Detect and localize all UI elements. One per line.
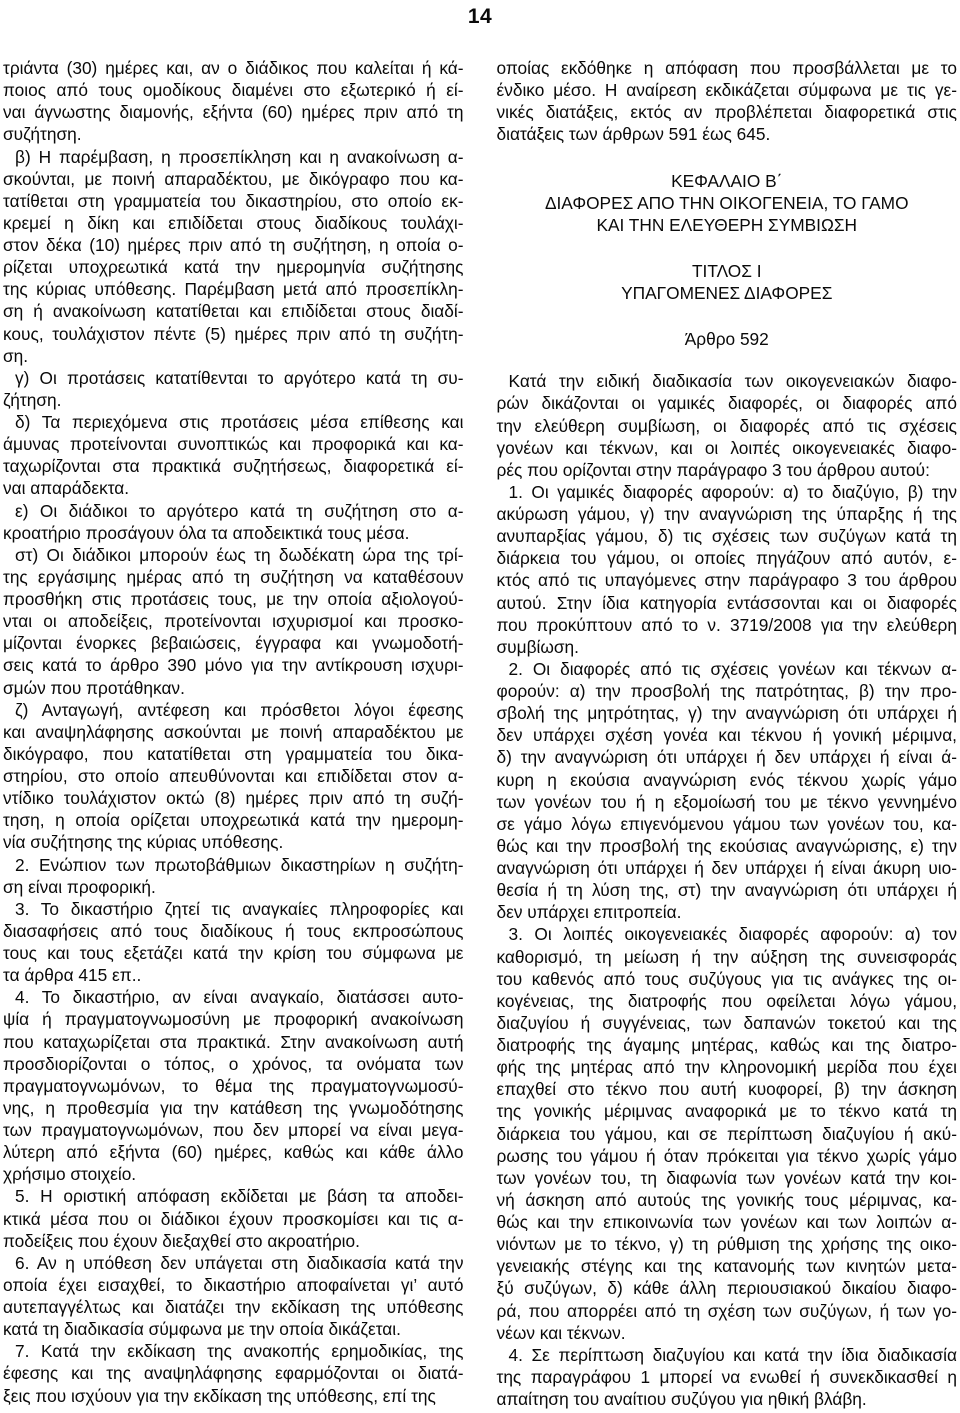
text-line: β) Η παρέμβαση, η προσεπίκληση και η ανα…	[3, 146, 464, 168]
paragraph: τριάντα (30) ημέρες και, αν ο διάδικος π…	[3, 57, 464, 146]
text-line: νται οι αποδείξεις, προτείνονται ισχυρισ…	[3, 610, 464, 632]
text-line: νης, η προθεσμία για την κατάθεση της γν…	[3, 1097, 464, 1119]
text-line: του καθενός από τους συζύγους για τις αν…	[497, 968, 958, 990]
text-line: διατάξεις των άρθρων 591 έως 645.	[497, 123, 958, 145]
text-line: συμβίωση.	[497, 636, 958, 658]
text-line: ΥΠΑΓΟΜΕΝΕΣ ΔΙΑΦΟΡΕΣ	[497, 282, 958, 304]
text-line: 3. Οι λοιπές οικογενειακές διαφορές αφορ…	[497, 923, 958, 945]
text-line: πραγματογνωμόνων, το θέμα της πραγματογν…	[3, 1075, 464, 1097]
text-line: ναι απαράδεκτα.	[3, 477, 464, 499]
text-line: ρά, που απορρέει από τη σχέση των συζύγω…	[497, 1300, 958, 1322]
right-column: οποίας εκδόθηκε η απόφαση που προσβάλλετ…	[497, 57, 958, 1410]
text-line: γονέων και τέκνων, και οι λοιπές οικογεν…	[497, 437, 958, 459]
text-line: διάρκεια του γάμου, και σε περίπτωση δια…	[497, 1123, 958, 1145]
text-line: νέων και τέκνων.	[497, 1322, 958, 1344]
text-line: ση ή ανακοίνωση κατατίθεται και επιδίδετ…	[3, 300, 464, 322]
two-column-text-body: τριάντα (30) ημέρες και, αν ο διάδικος π…	[3, 57, 957, 1410]
paragraph: 4. Το δικαστήριο, αν είναι αναγκαίο, δια…	[3, 986, 464, 1185]
text-line: αυτεπαγγέλτως και διατάζει την εκδίκαση …	[3, 1296, 464, 1318]
text-line: ανυπαρξίας γάμου, δ) τις σχέσεις των συζ…	[497, 525, 958, 547]
paragraph: ε) Οι διάδικοι το αργότερο κατά τη συζήτ…	[3, 500, 464, 544]
text-line: σκούνται, με ποινή απαραδέκτου, με δικόγ…	[3, 168, 464, 190]
text-line: ψία ή πραγματογνωμοσύνη με προφορική ανα…	[3, 1008, 464, 1030]
paragraph: 1. Οι γαμικές διαφορές αφορούν: α) το δι…	[497, 481, 958, 658]
paragraph: γ) Οι προτάσεις κατατίθενται το αργότερο…	[3, 367, 464, 411]
paragraph: ζ) Ανταγωγή, αντέφεση και πρόσθετοι λόγο…	[3, 699, 464, 854]
text-line: Άρθρο 592	[497, 328, 958, 350]
text-line: κογένειας, της διατροφής που οφείλεται λ…	[497, 990, 958, 1012]
text-line: 1. Οι γαμικές διαφορές αφορούν: α) το δι…	[497, 481, 958, 503]
text-line: 3. Το δικαστήριο ζητεί τις αναγκαίες πλη…	[3, 898, 464, 920]
text-line: κτός από τις υπαγόμενες στην παράγραφο 3…	[497, 569, 958, 591]
text-line: διασαφήσεις από τους διαδίκους ή τους εκ…	[3, 920, 464, 942]
text-line: μίζονται ένορκες βεβαιώσεις, έγγραφα και…	[3, 632, 464, 654]
text-line: των πραγματογνωμόνων, που δεν μπορεί να …	[3, 1119, 464, 1141]
text-line: συζήτηση.	[3, 123, 464, 145]
text-line: χρήσιμο στοιχείο.	[3, 1163, 464, 1185]
text-line: γενειακής στέγης και της κατανομής των κ…	[497, 1255, 958, 1277]
paragraph: 2. Ενώπιον των πρωτοβάθμιων δικαστηρίων …	[3, 854, 464, 898]
text-line: επαχθεί στο τέκνο που αυτή κυοφορεί, β) …	[497, 1078, 958, 1100]
paragraph: 3. Το δικαστήριο ζητεί τις αναγκαίες πλη…	[3, 898, 464, 987]
text-line: της παραγράφου 1 μπορεί να ενωθεί ή συνε…	[497, 1366, 958, 1388]
text-line: διαζυγίου ή συγγένειας, των δαπανών τοκε…	[497, 1012, 958, 1034]
text-line: ζ) Ανταγωγή, αντέφεση και πρόσθετοι λόγο…	[3, 699, 464, 721]
section-heading: ΚΕΦΑΛΑΙΟ Β΄ΔΙΑΦΟΡΕΣ ΑΠΟ ΤΗΝ ΟΙΚΟΓΕΝΕΙΑ, …	[497, 170, 958, 236]
paragraph: οποίας εκδόθηκε η απόφαση που προσβάλλετ…	[497, 57, 958, 146]
text-line: 7. Κατά την εκδίκαση της ανακοπής ερημοδ…	[3, 1340, 464, 1362]
text-line: τριάντα (30) ημέρες και, αν ο διάδικος π…	[3, 57, 464, 79]
text-line: των γονέων του, τη διαφωνία των γονέων κ…	[497, 1167, 958, 1189]
text-line: απαίτηση του αναίτιου συζύγου για ηθική …	[497, 1388, 958, 1410]
text-line: ρίζεται υποχρεωτικά κατά την ημερομηνία …	[3, 256, 464, 278]
text-line: σβολή της μητρότητας, γ) την αναγνώριση …	[497, 702, 958, 724]
text-line: κτικά μέσα που οι διάδικοι έχουν προσκομ…	[3, 1208, 464, 1230]
paragraph: 2. Οι διαφορές από τις σχέσεις γονέων κα…	[497, 658, 958, 924]
paragraph: δ) Τα περιεχόμενα στις προτάσεις μέσα επ…	[3, 411, 464, 500]
paragraph: 4. Σε περίπτωση διαζυγίου και κατά την ί…	[497, 1344, 958, 1410]
text-line: αναγνώριση ότι υπάρχει ή δεν υπάρχει ή ε…	[497, 857, 958, 879]
text-line: δεν υπάρχει επιτροπεία.	[497, 901, 958, 923]
text-line: δεν υπάρχει σχέση γονέα και τέκνου ή γον…	[497, 724, 958, 746]
text-line: ξύ συζύγων, δ) κάθε άλλη περιουσιακού δι…	[497, 1277, 958, 1299]
text-line: 4. Σε περίπτωση διαζυγίου και κατά την ί…	[497, 1344, 958, 1366]
text-line: ακύρωση γάμου, γ) την αναγνώριση της ύπα…	[497, 503, 958, 525]
text-line: νή άσκηση από αυτούς της γονικής τους μέ…	[497, 1189, 958, 1211]
text-line: τα άρθρα 415 επ..	[3, 964, 464, 986]
text-line: αυτού. Στην ίδια κατηγορία εντάσσονται κ…	[497, 592, 958, 614]
text-line: δικόγραφο, που κατατίθεται στη γραμματεί…	[3, 743, 464, 765]
text-line: δ) Τα περιεχόμενα στις προτάσεις μέσα επ…	[3, 411, 464, 433]
text-line: καθορισμό, τη μείωση ή την αύξηση της συ…	[497, 946, 958, 968]
text-line: στ) Οι διάδικοι μπορούν έως τη δωδέκατη …	[3, 544, 464, 566]
text-line: νία συζήτησης της κύριας υπόθεσης.	[3, 831, 464, 853]
text-line: που καταχωρίζεται στα πρακτικά. Στην ανα…	[3, 1031, 464, 1053]
text-line: τηση, η οποία ορίζεται υποχρεωτικά κατά …	[3, 809, 464, 831]
text-line: ση είναι προφορική.	[3, 876, 464, 898]
text-line: κρεμεί η δίκη και επιδίδεται στους διαδί…	[3, 212, 464, 234]
text-line: διατροφής της άγαμης μητέρας, καθώς και …	[497, 1034, 958, 1056]
text-line: Κατά την ειδική διαδικασία των οικογενει…	[497, 370, 958, 392]
document-page: 14 τριάντα (30) ημέρες και, αν ο διάδικο…	[0, 0, 960, 1413]
text-line: ναι άγνωστης διαμονής, εξήντα (60) ημέρε…	[3, 101, 464, 123]
text-line: διάρκεια του γάμου, οι οποίες πηγάζουν α…	[497, 547, 958, 569]
text-line: άμυνας προτείνονται συνοπτικώς και προφο…	[3, 433, 464, 455]
text-line: κατά τη διαδικασία σύμφωνα με την οποία …	[3, 1318, 464, 1340]
text-line: ΚΕΦΑΛΑΙΟ Β΄	[497, 170, 958, 192]
text-line: ποιος από τους ομοδίκους διαμένει στο εξ…	[3, 79, 464, 101]
text-line: 4. Το δικαστήριο, αν είναι αναγκαίο, δια…	[3, 986, 464, 1008]
text-line: ΔΙΑΦΟΡΕΣ ΑΠΟ ΤΗΝ ΟΙΚΟΓΕΝΕΙΑ, ΤΟ ΓΑΜΟ	[497, 192, 958, 214]
section-heading: Άρθρο 592	[497, 328, 958, 350]
left-column: τριάντα (30) ημέρες και, αν ο διάδικος π…	[3, 57, 464, 1410]
text-line: 2. Ενώπιον των πρωτοβάθμιων δικαστηρίων …	[3, 854, 464, 876]
text-line: την ελεύθερη συμβίωση, οι διαφορές από τ…	[497, 415, 958, 437]
paragraph: στ) Οι διάδικοι μπορούν έως τη δωδέκατη …	[3, 544, 464, 699]
text-line: 5. Η οριστική απόφαση εκδίδεται με βάση …	[3, 1185, 464, 1207]
paragraph: β) Η παρέμβαση, η προσεπίκληση και η ανα…	[3, 146, 464, 367]
text-line: 6. Αν η υπόθεση δεν υπάγεται στη διαδικα…	[3, 1252, 464, 1274]
text-line: τους και τους εξετάζει κατά την κρίση το…	[3, 942, 464, 964]
paragraph: 6. Αν η υπόθεση δεν υπάγεται στη διαδικα…	[3, 1252, 464, 1341]
text-line: ΚΑΙ ΤΗΝ ΕΛΕΥΘΕΡΗ ΣΥΜΒΙΩΣΗ	[497, 214, 958, 236]
text-line: στον δέκα (10) ημέρες πριν από τη συζήτη…	[3, 234, 464, 256]
text-line: 2. Οι διαφορές από τις σχέσεις γονέων κα…	[497, 658, 958, 680]
text-line: στηρίου, στο οποίο απευθύνονται και επιδ…	[3, 765, 464, 787]
text-line: νικές διατάξεις, εκτός αν προβλέπεται δι…	[497, 101, 958, 123]
text-line: οποία έχει εισαχθεί, το δικαστήριο αποφα…	[3, 1274, 464, 1296]
text-line: ρωσης του γάμου ή όταν πρόκειται για τέκ…	[497, 1145, 958, 1167]
text-line: δ) την αναγνώριση ότι υπάρχει ή δεν υπάρ…	[497, 746, 958, 768]
text-line: θεσία ή τη λύση της, στ) την αναγνώριση …	[497, 879, 958, 901]
text-line: ζήτηση.	[3, 389, 464, 411]
text-line: σεις κατά το άρθρο 390 μόνο για την αντί…	[3, 654, 464, 676]
text-line: λύτερη από εξήντα (60) ημέρες, καθώς και…	[3, 1141, 464, 1163]
text-line: ε) Οι διάδικοι το αργότερο κατά τη συζήτ…	[3, 500, 464, 522]
text-line: της γονικής μέριμνας αναφορικά με το τέκ…	[497, 1100, 958, 1122]
text-line: κυρη η εκούσια αναγνώριση ενός τέκνου χω…	[497, 769, 958, 791]
text-line: οποίας εκδόθηκε η απόφαση που προσβάλλετ…	[497, 57, 958, 79]
page-number: 14	[0, 5, 960, 29]
text-line: σε γάμο λόγω επιγενόμενου γάμου των γονέ…	[497, 813, 958, 835]
text-line: σμών που προτάθηκαν.	[3, 677, 464, 699]
text-line: που προκύπτουν από το ν. 3719/2008 για τ…	[497, 614, 958, 636]
text-line: προσθήκη στις προτάσεις τους, με την οπο…	[3, 588, 464, 610]
text-line: φορούν: α) την προσβολή της πατρότητας, …	[497, 680, 958, 702]
text-line: νιόντων με το τέκνο, γ) τη ρύθμιση της χ…	[497, 1233, 958, 1255]
text-line: θώς και την επικοινωνία των γονέων και τ…	[497, 1211, 958, 1233]
text-line: ταχωρίζονται στα πρακτικά συζητήσεως, δι…	[3, 455, 464, 477]
text-line: και αναψηλάφησης ασκούνται με ποινή απαρ…	[3, 721, 464, 743]
section-heading: ΤΙΤΛΟΣ ΙΥΠΑΓΟΜΕΝΕΣ ΔΙΑΦΟΡΕΣ	[497, 260, 958, 304]
text-line: ΤΙΤΛΟΣ Ι	[497, 260, 958, 282]
paragraph: 5. Η οριστική απόφαση εκδίδεται με βάση …	[3, 1185, 464, 1251]
text-line: τατίθεται στη γραμματεία του δικαστηρίου…	[3, 190, 464, 212]
text-line: ντίδικο τουλάχιστον οκτώ (8) ημέρες πριν…	[3, 787, 464, 809]
text-line: της εργάσιμης ημέρας από τη συζήτηση να …	[3, 566, 464, 588]
text-line: των γονέων του ή η εξομοίωσή του με τέκν…	[497, 791, 958, 813]
paragraph: Κατά την ειδική διαδικασία των οικογενει…	[497, 370, 958, 481]
paragraph: 7. Κατά την εκδίκαση της ανακοπής ερημοδ…	[3, 1340, 464, 1406]
text-line: θώς και την προσβολή της εκούσιας αναγνώ…	[497, 835, 958, 857]
text-line: ρών δικάζονται οι γαμικές διαφορές, οι δ…	[497, 392, 958, 414]
text-line: ρές που ορίζονται στην παράγραφο 3 του ά…	[497, 459, 958, 481]
text-line: προσδιορίζονται ο τόπος, ο χρόνος, τα ον…	[3, 1053, 464, 1075]
text-line: ξεις που ισχύουν για την εκδίκαση της υπ…	[3, 1385, 464, 1407]
paragraph: 3. Οι λοιπές οικογενειακές διαφορές αφορ…	[497, 923, 958, 1343]
text-line: ένδικο μέσο. Η αναίρεση εκδικάζεται σύμφ…	[497, 79, 958, 101]
text-line: φής της μητέρας από την κληρονομική μερί…	[497, 1056, 958, 1078]
text-line: έφεσης και της αναψηλάφησης εφαρμόζονται…	[3, 1362, 464, 1384]
text-line: κους, τουλάχιστον πέντε (5) ημέρες πριν …	[3, 323, 464, 345]
text-line: γ) Οι προτάσεις κατατίθενται το αργότερο…	[3, 367, 464, 389]
text-line: ποδείξεις που έχουν διεξαχθεί στο ακροατ…	[3, 1230, 464, 1252]
text-line: ση.	[3, 345, 464, 367]
text-line: της κύριας υπόθεσης. Παρέμβαση μετά από …	[3, 278, 464, 300]
text-line: κροατήριο προσάγουν όλα τα αποδεικτικά τ…	[3, 522, 464, 544]
